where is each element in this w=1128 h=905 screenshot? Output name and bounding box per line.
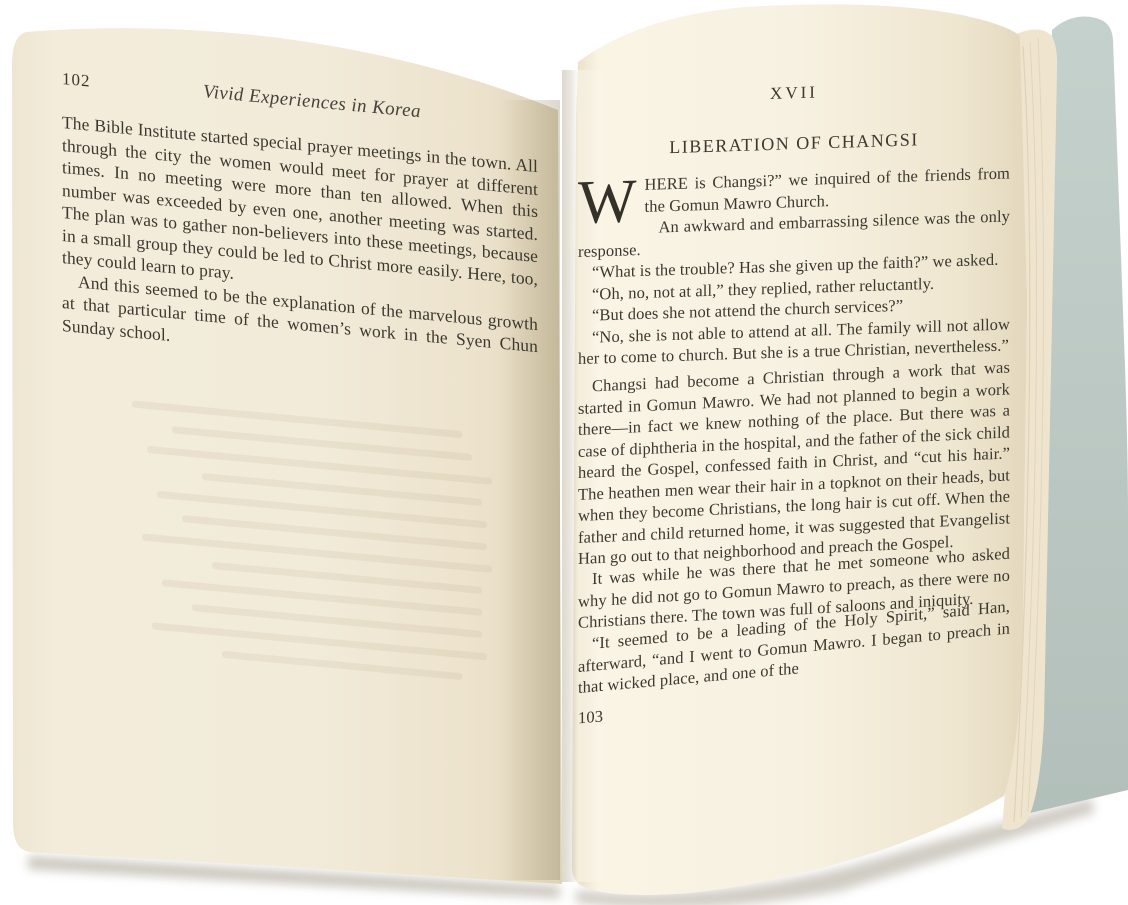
opening-passage: W HERE is Changsi?” we inquired of the f… [578,162,1010,262]
right-page-body: W HERE is Changsi?” we inquired of the f… [578,162,1010,719]
left-page-number: 102 [62,64,122,100]
header-spacer [502,125,538,128]
drop-cap: W [578,174,645,228]
open-book-photo: 102 Vivid Experiences in Korea The Bible… [0,0,1128,905]
chapter-title: LIBERATION OF CHANGSI [578,126,1010,161]
right-page-content: XVII LIBERATION OF CHANGSI W HERE is Cha… [578,76,1010,719]
left-page-body: The Bible Institute started special pray… [62,111,538,380]
paragraph: Changsi had become a Christian through a… [578,356,1010,569]
left-page-content: 102 Vivid Experiences in Korea The Bible… [62,64,538,380]
